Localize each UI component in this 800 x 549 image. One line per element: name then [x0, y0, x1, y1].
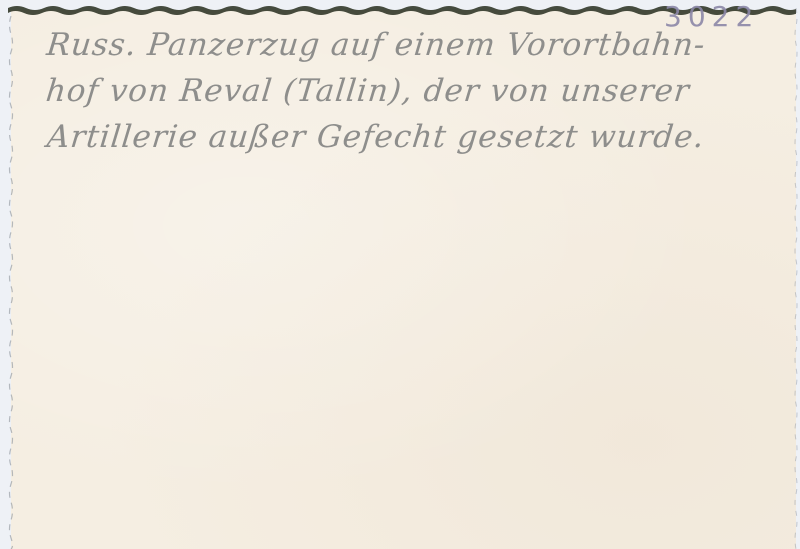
handwritten-caption: Russ. Panzerzug auf einem Vorortbahn- ho… [33, 22, 788, 160]
scalloped-right-edge [792, 8, 800, 549]
caption-line-3: Artillerie außer Gefecht gesetzt wurde. [45, 114, 778, 160]
caption-line-2: hof von Reval (Tallin), der von unserer [44, 68, 783, 114]
scalloped-left-edge [0, 16, 16, 549]
caption-line-1: Russ. Panzerzug auf einem Vorortbahn- [44, 22, 787, 68]
